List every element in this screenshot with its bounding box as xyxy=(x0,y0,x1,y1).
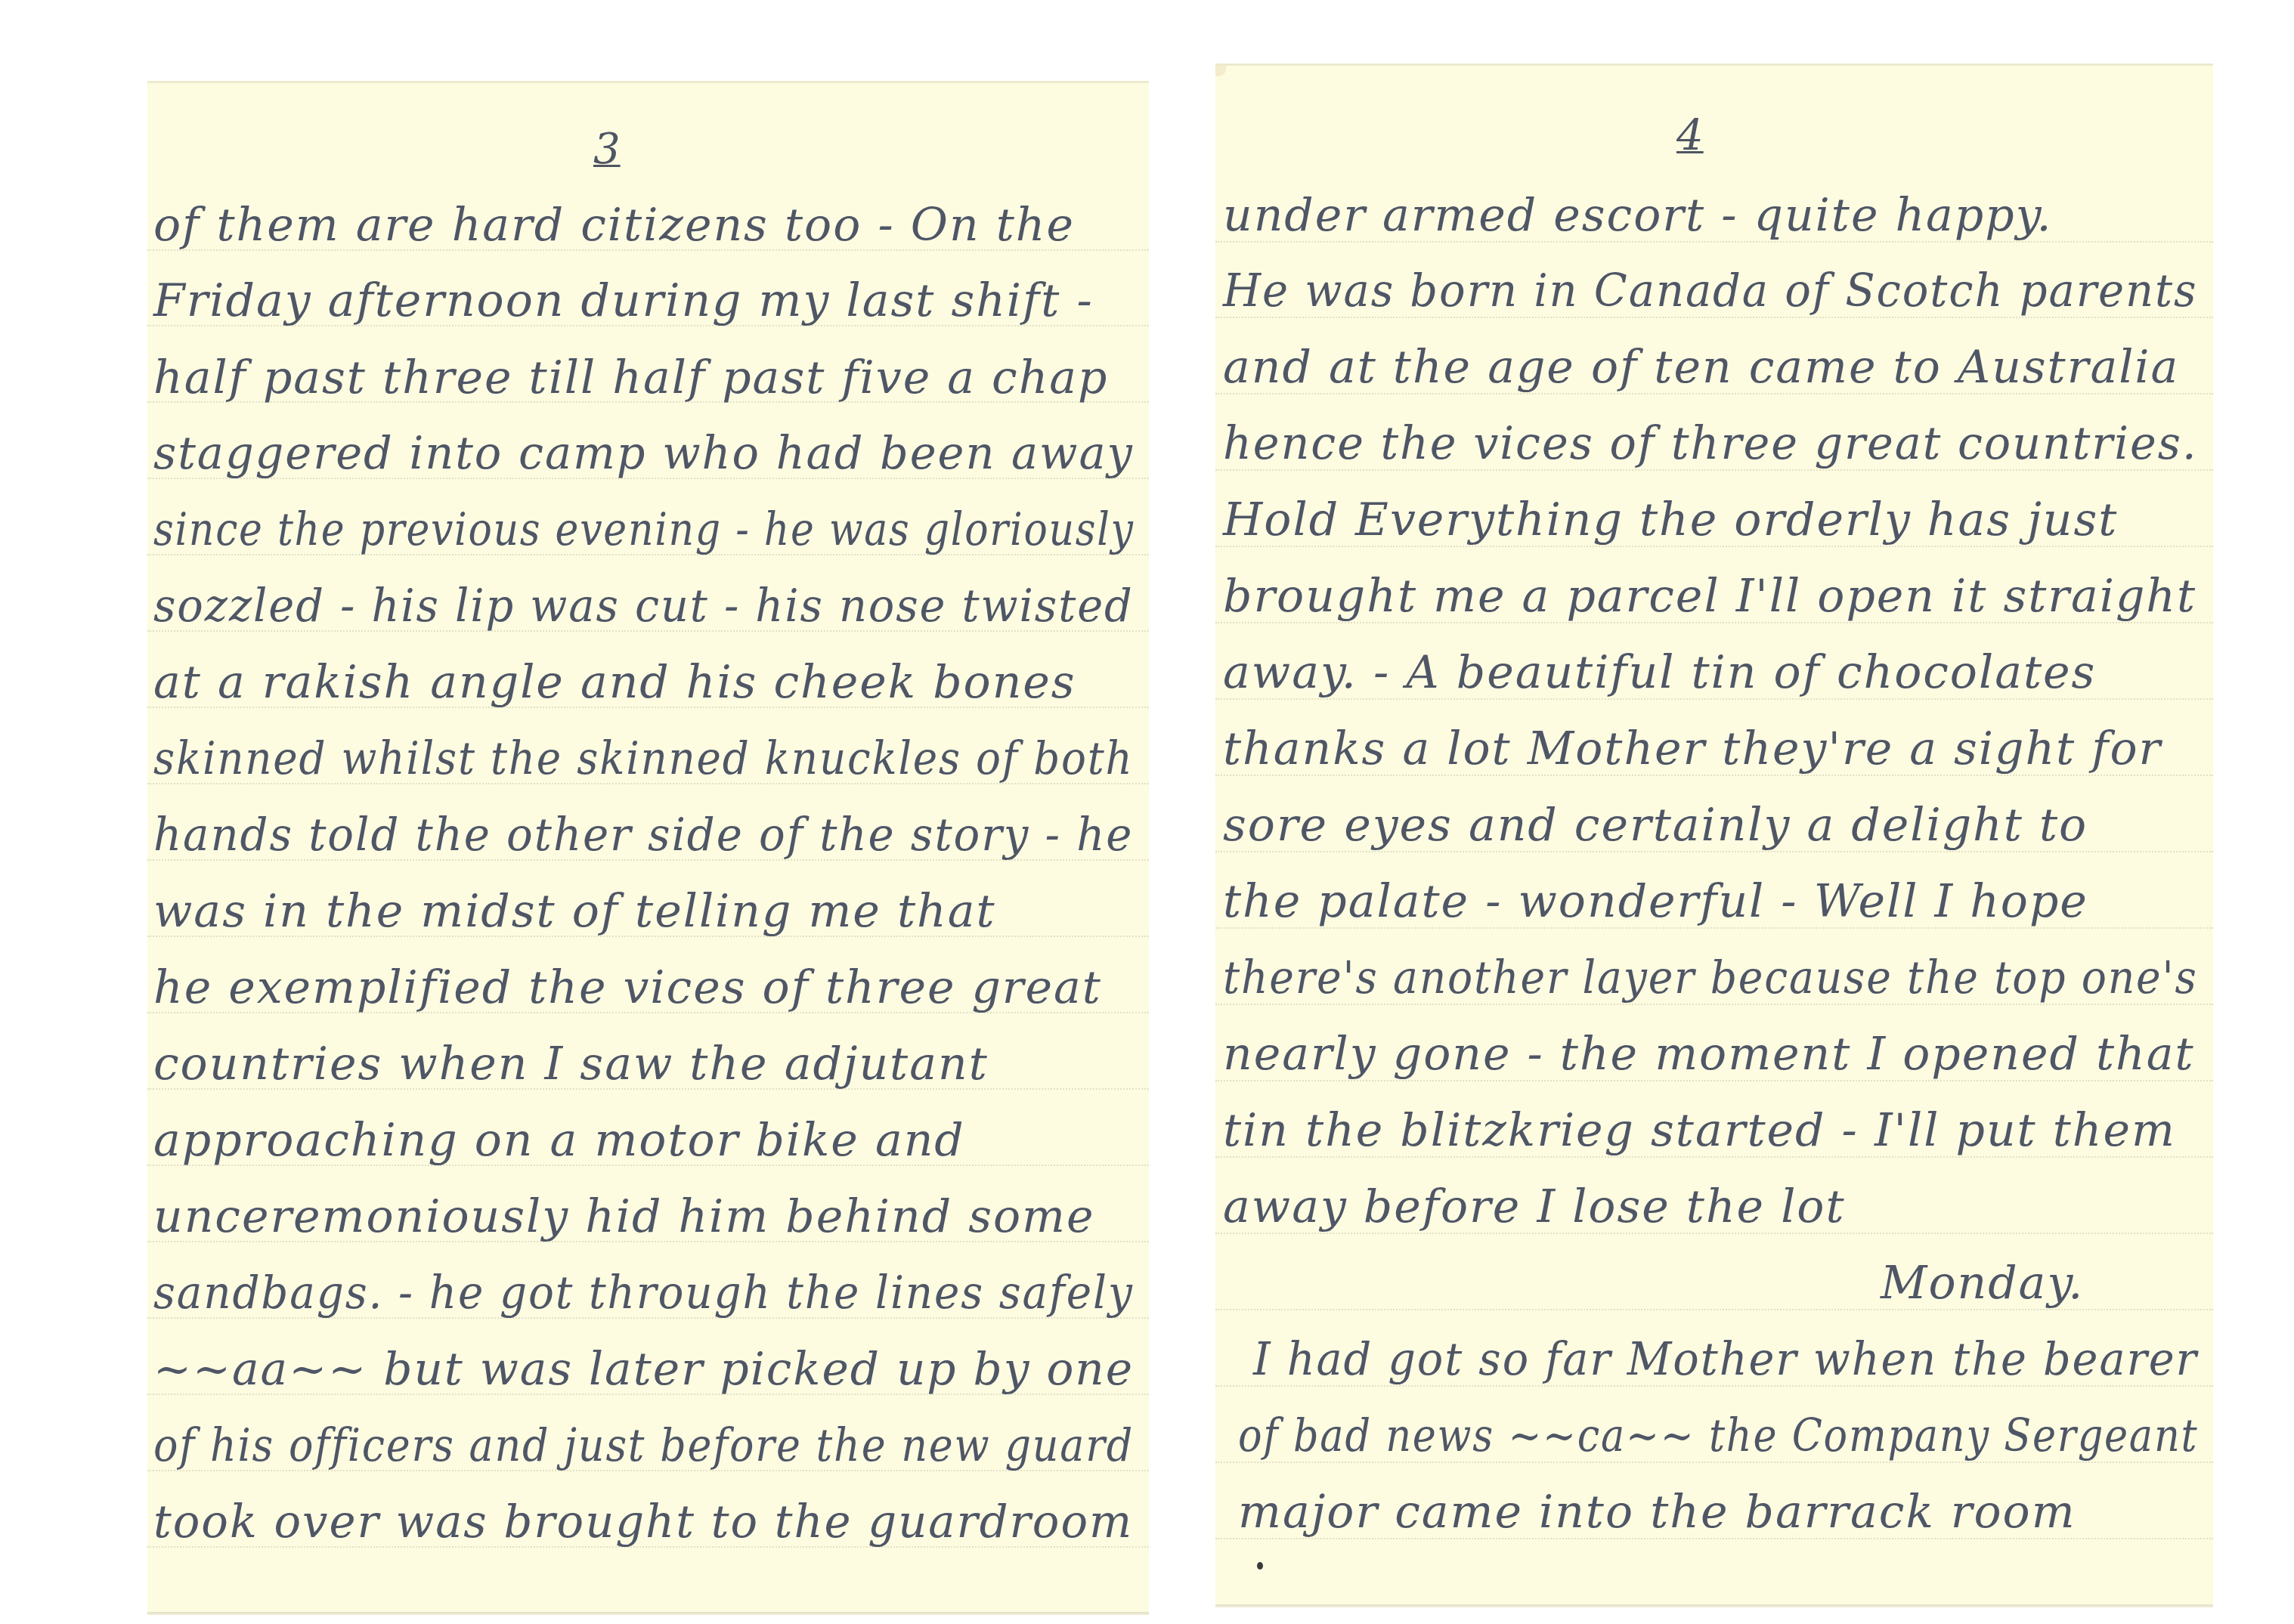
handwritten-line: hands told the other side of the story -… xyxy=(153,812,1133,858)
handwritten-line: I had got so far Mother when the bearer xyxy=(1253,1337,2198,1382)
handwritten-line: took over was brought to the guardroom xyxy=(153,1499,1133,1545)
handwritten-line: the palate - wonderful - Well I hope xyxy=(1223,879,2088,924)
handwritten-line: staggered into camp who had been away xyxy=(153,431,1134,476)
handwritten-line: was in the midst of telling me that xyxy=(153,889,996,934)
handwritten-line: of them are hard citizens too - On the xyxy=(153,203,1075,248)
page-number: 4 xyxy=(1676,111,1704,160)
handwritten-line: away before I lose the lot xyxy=(1223,1184,1846,1230)
handwritten-line: since the previous evening - he was glor… xyxy=(153,507,1135,552)
handwritten-line: thanks a lot Mother they're a sight for xyxy=(1223,726,2162,772)
letter-page-3: 3 of them are hard citizens too - On the… xyxy=(147,81,1149,1613)
handwritten-line: sore eyes and certainly a delight to xyxy=(1223,803,2088,848)
handwritten-line: hence the vices of three great countries… xyxy=(1223,421,2198,466)
handwritten-line: tin the blitzkrieg started - I'll put th… xyxy=(1223,1108,2176,1153)
handwritten-line: of bad news ~~ca~~ the Company Sergeant xyxy=(1238,1413,2198,1459)
ink-blot xyxy=(1257,1562,1263,1570)
handwritten-line: unceremoniously hid him behind some xyxy=(153,1194,1094,1239)
handwritten-line: brought me a parcel I'll open it straigh… xyxy=(1223,574,2196,619)
handwritten-line: He was born in Canada of Scotch parents xyxy=(1223,268,2198,314)
letter-page-4: 4 under armed escort - quite happy. He w… xyxy=(1215,63,2213,1606)
handwritten-line-date: Monday. xyxy=(1881,1261,2084,1306)
handwritten-line: sandbags. - he got through the lines saf… xyxy=(153,1270,1134,1316)
handwritten-line: half past three till half past five a ch… xyxy=(153,355,1109,401)
handwritten-line: of his officers and just before the new … xyxy=(153,1423,1134,1468)
handwritten-line: major came into the barrack room xyxy=(1238,1489,2076,1535)
handwritten-line: at a rakish angle and his cheek bones xyxy=(153,660,1076,705)
handwritten-line: countries when I saw the adjutant xyxy=(153,1041,989,1087)
handwritten-line: ~~aa~~ but was later picked up by one xyxy=(153,1347,1134,1392)
handwritten-line: under armed escort - quite happy. xyxy=(1223,193,2053,238)
handwritten-line: he exemplified the vices of three great xyxy=(153,965,1102,1010)
handwritten-line: sozzled - his lip was cut - his nose twi… xyxy=(153,583,1134,629)
handwritten-line: Friday afternoon during my last shift - xyxy=(153,278,1094,323)
handwritten-line: Hold Everything the orderly has just xyxy=(1223,497,2118,543)
handwritten-line: nearly gone - the moment I opened that xyxy=(1223,1032,2195,1077)
page-corner-wear xyxy=(1215,66,1226,76)
handwritten-line: and at the age of ten came to Australia xyxy=(1223,345,2179,390)
handwritten-line: approaching on a motor bike and xyxy=(153,1118,965,1163)
handwritten-line: there's another layer because the top on… xyxy=(1223,955,2198,1001)
handwritten-line: away. - A beautiful tin of chocolates xyxy=(1223,650,2096,695)
handwritten-line: skinned whilst the skinned knuckles of b… xyxy=(153,736,1134,781)
page-number: 3 xyxy=(593,125,621,174)
